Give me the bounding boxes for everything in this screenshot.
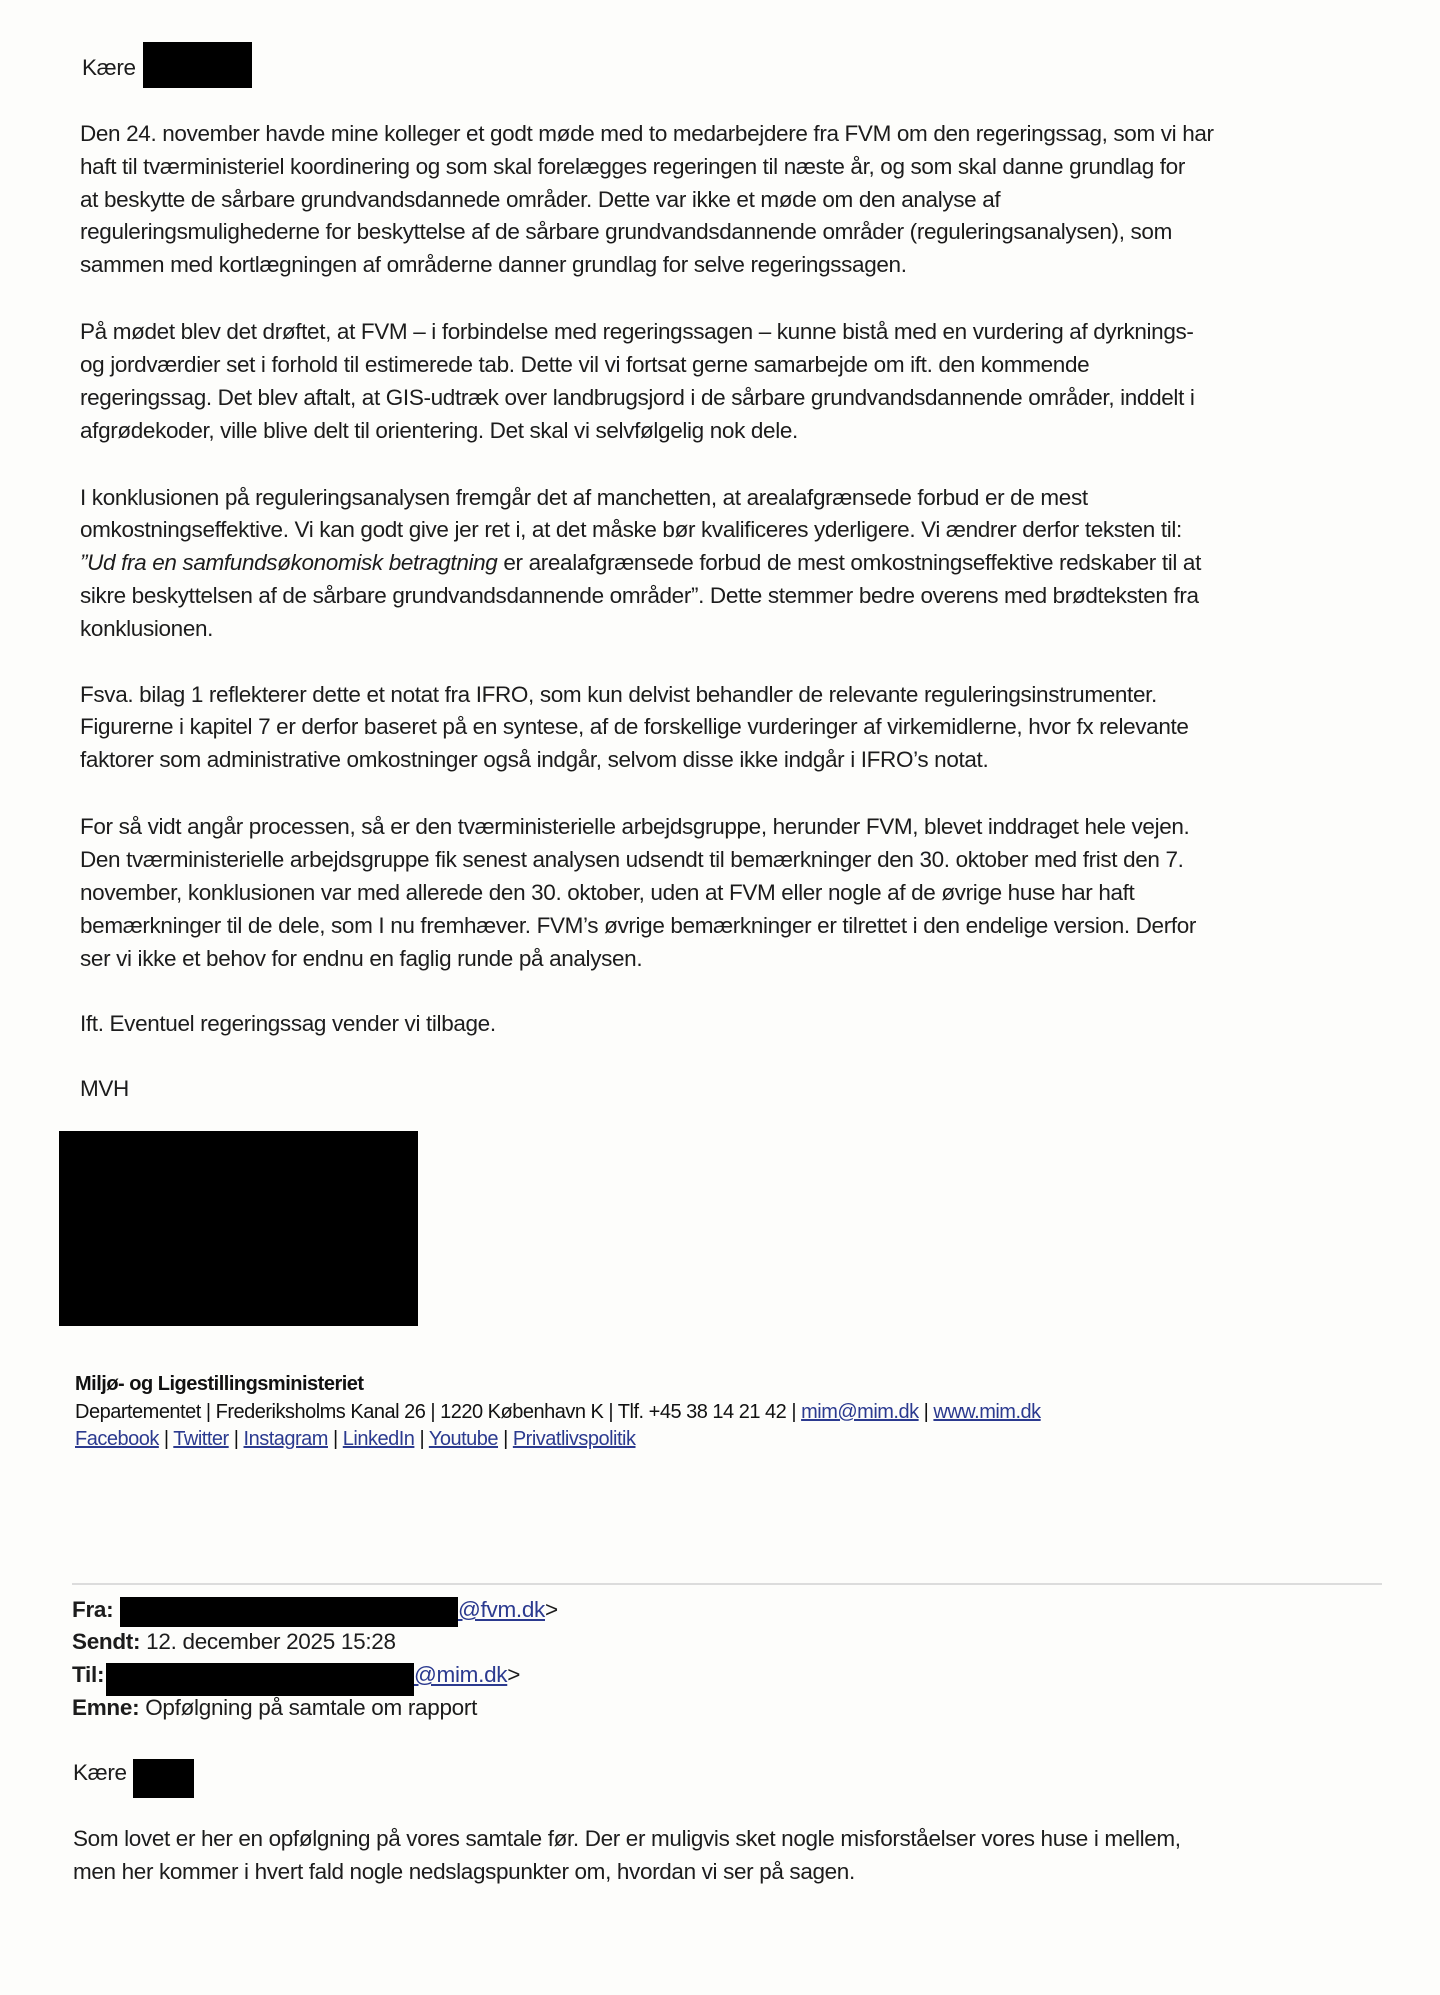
redacted-forwarded-name: [133, 1759, 194, 1798]
text-line: at beskytte de sårbare grundvandsdannede…: [80, 186, 1000, 214]
org-name: Miljø- og Ligestillingsministeriet: [75, 1373, 364, 1395]
text-line: sammen med kortlægningen af områderne da…: [80, 251, 907, 279]
sent-label: Sendt:: [72, 1629, 140, 1654]
separator: |: [159, 1428, 173, 1450]
from-label: Fra:: [72, 1597, 113, 1622]
redacted-recipient: [106, 1663, 414, 1696]
text-line: For så vidt angår processen, så er den t…: [80, 813, 1189, 841]
text-line: reguleringsmulighederne for beskyttelse …: [80, 218, 1172, 246]
org-address: Departementet | Frederiksholms Kanal 26 …: [75, 1401, 801, 1423]
text-line: men her kommer i hvert fald nogle nedsla…: [73, 1858, 855, 1886]
from-domain-link[interactable]: @fvm.dk: [458, 1597, 545, 1622]
redacted-signature: [59, 1131, 418, 1326]
quote-italic: ”Ud fra en samfundsøkonomisk betragtning: [80, 550, 497, 575]
text-line: omkostningseffektive. Vi kan godt give j…: [80, 516, 1182, 544]
quote-line: ”Ud fra en samfundsøkonomisk betragtning…: [80, 549, 1201, 577]
text-line: I konklusionen på reguleringsanalysen fr…: [80, 484, 1088, 512]
text-line: haft til tværministeriel koordinering og…: [80, 153, 1185, 181]
twitter-link[interactable]: Twitter: [173, 1428, 228, 1450]
closing-line: Ift. Eventuel regeringssag vender vi til…: [80, 1010, 496, 1038]
to-line: Til:: [72, 1661, 104, 1689]
text-line: Som lovet er her en opfølgning på vores …: [73, 1825, 1181, 1853]
text-line: bemærkninger til de dele, som I nu fremh…: [80, 912, 1196, 940]
subject-label: Emne:: [72, 1695, 139, 1720]
subject-value: Opfølgning på samtale om rapport: [139, 1695, 477, 1720]
to-address: @mim.dk>: [414, 1661, 520, 1689]
redacted-recipient-name: [143, 42, 252, 88]
text-line: Den 24. november havde mine kolleger et …: [80, 120, 1214, 148]
org-address-line: Departementet | Frederiksholms Kanal 26 …: [75, 1400, 1041, 1424]
redacted-sender: [120, 1597, 458, 1627]
greeting: Kære: [82, 54, 136, 82]
website-link[interactable]: www.mim.dk: [933, 1401, 1040, 1423]
from-line: Fra:: [72, 1596, 113, 1624]
quote-rest: er arealafgrænsede forbud de mest omkost…: [497, 550, 1201, 575]
youtube-link[interactable]: Youtube: [429, 1428, 498, 1450]
privacy-policy-link[interactable]: Privatlivspolitik: [513, 1428, 636, 1450]
instagram-link[interactable]: Instagram: [244, 1428, 328, 1450]
text-line: sikre beskyttelsen af de sårbare grundva…: [80, 582, 1199, 610]
text-line: konklusionen.: [80, 615, 213, 643]
text-line: Fsva. bilag 1 reflekterer dette et notat…: [80, 681, 1157, 709]
separator: |: [919, 1401, 934, 1423]
linkedin-link[interactable]: LinkedIn: [343, 1428, 415, 1450]
separator: |: [328, 1428, 343, 1450]
facebook-link[interactable]: Facebook: [75, 1428, 159, 1450]
sent-value: 12. december 2025 15:28: [140, 1629, 396, 1654]
to-domain-link[interactable]: @mim.dk: [414, 1662, 507, 1687]
text-line: afgrødekoder, ville blive delt til orien…: [80, 417, 798, 445]
to-label: Til:: [72, 1662, 104, 1687]
separator: |: [498, 1428, 513, 1450]
sign-off: MVH: [80, 1075, 129, 1103]
social-links: Facebook | Twitter | Instagram | LinkedI…: [75, 1427, 636, 1451]
text-line: Den tværministerielle arbejdsgruppe fik …: [80, 846, 1184, 874]
text-line: faktorer som administrative omkostninger…: [80, 746, 988, 774]
text-line: Figurerne i kapitel 7 er derfor baseret …: [80, 713, 1189, 741]
email-separator: [72, 1583, 1382, 1585]
forwarded-greeting: Kære: [73, 1759, 127, 1787]
sent-line: Sendt: 12. december 2025 15:28: [72, 1628, 396, 1656]
email-link[interactable]: mim@mim.dk: [801, 1401, 919, 1423]
text-line: november, konklusionen var med allerede …: [80, 879, 1134, 907]
separator: |: [414, 1428, 428, 1450]
from-address: @fvm.dk>: [458, 1596, 558, 1624]
text-line: På mødet blev det drøftet, at FVM – i fo…: [80, 318, 1194, 346]
text-line: ser vi ikke et behov for endnu en faglig…: [80, 945, 642, 973]
text-line: regeringssag. Det blev aftalt, at GIS-ud…: [80, 384, 1195, 412]
separator: |: [229, 1428, 244, 1450]
text-line: og jordværdier set i forhold til estimer…: [80, 351, 1089, 379]
subject-line: Emne: Opfølgning på samtale om rapport: [72, 1694, 477, 1722]
